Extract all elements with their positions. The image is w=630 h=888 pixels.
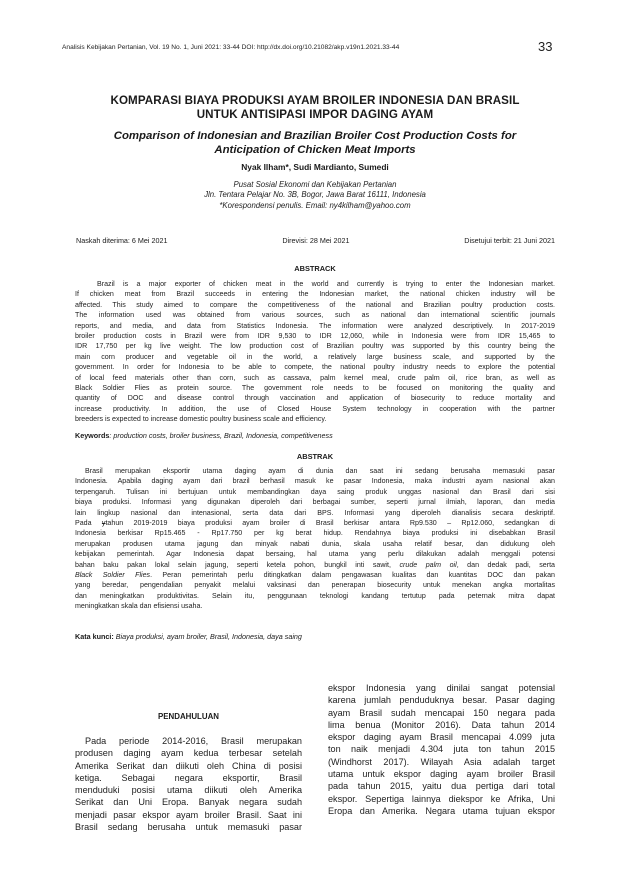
text-run: tahun 2019-2019 biaya produksi ayam broi… (105, 519, 555, 527)
abstract-line: broiler production costs in Brazil were … (75, 331, 555, 341)
abstract-line: If chicken meat from Brazil succeeds in … (75, 289, 555, 299)
body-line: Eropa dan Amerika. Negara utama tujuan e… (328, 805, 555, 817)
abstrak-line: yang beredar, pengendalian penyakit mela… (75, 580, 555, 590)
italic-term: Black Soldier Flies (75, 571, 150, 579)
title-line: UNTUK ANTISIPASI IMPOR DAGING AYAM (40, 108, 590, 122)
abstract-line: of local feed materials other than corn,… (75, 373, 555, 383)
body-line: ekspor Indonesia yang dinilai sangat pot… (328, 682, 555, 694)
italic-term: crude palm oil (399, 561, 456, 569)
abstrak-line: merupakan produsen utama jagung dan miny… (75, 539, 555, 549)
abstract-line: Black Soldier Flies as protein source. T… (75, 383, 555, 393)
affiliation: Pusat Sosial Ekonomi dan Kebijakan Perta… (40, 180, 590, 211)
abstract-line: main corn producer and vegetable oil in … (75, 352, 555, 362)
keywords-label: Kata kunci: (75, 632, 114, 641)
title-line: KOMPARASI BIAYA PRODUKSI AYAM BROILER IN… (40, 94, 590, 108)
abstrak-line: Indonesia. Apabila daging ayam dari braz… (75, 476, 555, 486)
affiliation-institution: Pusat Sosial Ekonomi dan Kebijakan Perta… (40, 180, 590, 190)
date-revised: Direvisi: 28 Mei 2021 (282, 236, 349, 245)
abstract-line: increase productivity. In addition, the … (75, 404, 555, 414)
abstract-english: Brazil is a major exporter of chicken me… (75, 279, 555, 424)
abstrak-line: Pada ytahun 2019-2019 biaya produksi aya… (75, 518, 555, 528)
date-received: Naskah diterima: 6 Mei 2021 (76, 236, 168, 245)
body-line: utama untuk ekspor daging ayam broiler B… (328, 768, 555, 780)
abstrak-line: Brasil merupakan eksportir utama daging … (75, 466, 555, 476)
body-column-left: Pada periode 2014-2016, Brasil merupakan… (75, 735, 302, 833)
body-line: karena jumlah penduduknya besar. Pasar d… (328, 694, 555, 706)
body-line: ayam Brasil sudah mencapai 150 negara pa… (328, 707, 555, 719)
keywords-values: : production costs, broiler business, Br… (109, 431, 332, 440)
keywords-indonesian: Kata kunci: Biaya produksi, ayam broiler… (75, 632, 302, 641)
body-line: (Windhorst 2017). Wilayah Asia adalah ta… (328, 756, 555, 768)
affiliation-address: Jln. Tentara Pelajar No. 3B, Bogor, Jawa… (40, 190, 590, 200)
abstrak-line: biaya produksi. Informasi yang digunakan… (75, 497, 555, 507)
body-line: produsen daging ayam kedua terbesar sete… (75, 747, 302, 759)
abstract-line: quantity of DOC and disease control thro… (75, 393, 555, 403)
abstrak-line: meningkatkan skala dan efisiensi usaha. (75, 601, 555, 611)
text-run: Pada (75, 519, 102, 527)
running-head: Analisis Kebijakan Pertanian, Vol. 19 No… (62, 44, 399, 51)
subtitle-line: Anticipation of Chicken Meat Imports (40, 144, 590, 158)
abstract-line: reports, and media, and data from Statis… (75, 321, 555, 331)
abstract-heading-english: ABSTRACK (40, 264, 590, 273)
paper-title: KOMPARASI BIAYA PRODUKSI AYAM BROILER IN… (40, 94, 590, 121)
body-line: menjadi pasar ekspor ayam broiler Brasil… (75, 809, 302, 821)
body-line: menduduki posisi utama diikuti oleh Amer… (75, 784, 302, 796)
text-run: bahan baku pakan lokal selain jagung, se… (75, 561, 399, 569)
body-line: Brasil sedang berusaha untuk memasuki pa… (75, 821, 302, 833)
text-run: , dan dedak padi, serta (457, 561, 555, 569)
body-line: pada tahun 2015, yaitu dua pertiga dari … (328, 780, 555, 792)
text-run: . Peran pemerintah perlu ditingkatkan da… (150, 571, 555, 579)
page-number: 33 (538, 39, 552, 54)
keywords-english: Keywords: production costs, broiler busi… (75, 431, 333, 440)
body-column-right: ekspor Indonesia yang dinilai sangat pot… (328, 682, 555, 817)
body-line: ton naik menjadi 4.304 juta ton tahun 20… (328, 743, 555, 755)
abstrak-line: lain lingkup nasional dan intenasional, … (75, 508, 555, 518)
corresponding-email: *Korespondensi penulis. Email: ny4kilham… (40, 201, 590, 211)
abstrak-line: terpengaruh. Tulisan ini bertujuan untuk… (75, 487, 555, 497)
abstract-line: The information used was obtained from v… (75, 310, 555, 320)
subtitle-line: Comparison of Indonesian and Brazilian B… (40, 130, 590, 144)
date-accepted: Disetujui terbit: 21 Juni 2021 (464, 236, 555, 245)
abstract-heading-indonesian: ABSTRAK (40, 452, 590, 461)
body-line: Serikat dan Uni Eropa. Banyak negara sud… (75, 796, 302, 808)
body-line: ekspor. Sepertiga lainnya diekspor ke Af… (328, 793, 555, 805)
body-line: ekspor daging ayam Brasil mencapai 4.099… (328, 731, 555, 743)
author-list: Nyak Ilham*, Sudi Mardianto, Sumedi (40, 162, 590, 172)
abstrak-line: bahan baku pakan lokal selain jagung, se… (75, 560, 555, 570)
body-line: lima benua (Monitor 2016). Data tahun 20… (328, 719, 555, 731)
manuscript-dates: Naskah diterima: 6 Mei 2021 Direvisi: 28… (76, 236, 555, 245)
abstrak-line: Black Soldier Flies. Peran pemerintah pe… (75, 570, 555, 580)
journal-page: Analisis Kebijakan Pertanian, Vol. 19 No… (0, 0, 630, 888)
section-heading-introduction: PENDAHULUAN (75, 712, 302, 721)
abstrak-line: dan meningkatkan produktivitas. Selain i… (75, 591, 555, 601)
paper-subtitle-english: Comparison of Indonesian and Brazilian B… (40, 130, 590, 157)
abstrak-line: Indonesia berkisar Rp15.465 - Rp17.750 p… (75, 528, 555, 538)
abstract-line: IDR 17,750 per kg live weight. The low p… (75, 341, 555, 351)
abstract-line: affected. This study aimed to compare th… (75, 300, 555, 310)
abstract-line: government. In order for Indonesia to be… (75, 362, 555, 372)
keywords-values: Biaya produksi, ayam broiler, Brasil, In… (114, 632, 302, 641)
abstract-indonesian: Brasil merupakan eksportir utama daging … (75, 466, 555, 611)
abstrak-line: kebijakan pemerintah. Agar Indonesia dap… (75, 549, 555, 559)
body-line: Pada periode 2014-2016, Brasil merupakan (75, 735, 302, 747)
body-line: ketiga. Sebagai negara eksportir, Brasil (75, 772, 302, 784)
abstract-line: Brazil is a major exporter of chicken me… (75, 279, 555, 289)
keywords-label: Keywords (75, 431, 109, 440)
abstract-line: breeders is expected to increase domesti… (75, 414, 555, 424)
body-line: Amerika Serikat dan diikuti oleh China d… (75, 760, 302, 772)
